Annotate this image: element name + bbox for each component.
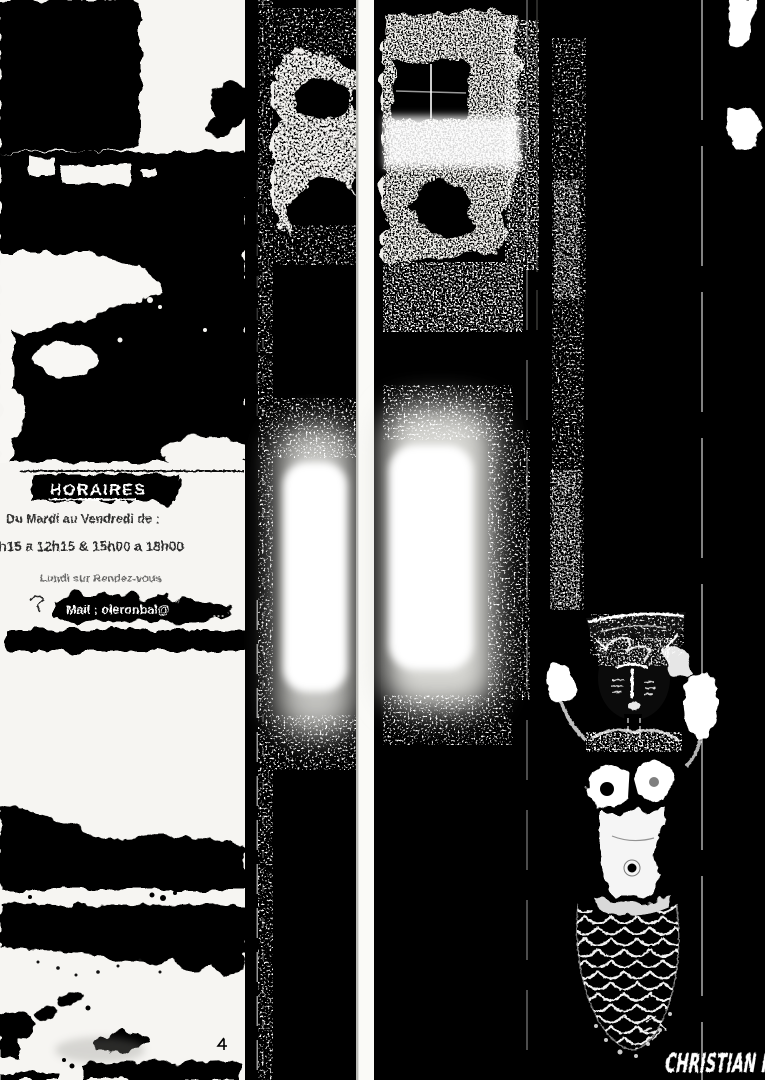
shadow-band-below-sign: [8, 630, 246, 651]
dark-horizontal-band: [0, 152, 246, 254]
photo-canvas: HORAIRES Du Mardi au Vendredi de : 9h15 …: [0, 0, 765, 1080]
schedule-days-line: Du Mardi au Vendredi de :: [6, 512, 160, 526]
photo: HORAIRES Du Mardi au Vendredi de : 9h15 …: [0, 0, 765, 1080]
statue-mouth: [628, 702, 640, 710]
schedule-hours-line: 9h15 a 12h15 & 15h00 a 18h00: [0, 539, 184, 554]
statue-navel: [628, 864, 637, 873]
door-frame-highlight-stripe: [356, 0, 374, 1080]
sign-top-rule: [20, 470, 244, 472]
sign-title-underline: [48, 499, 136, 501]
white-blob-reflection: [34, 342, 98, 378]
appointment-line: Lundi sur Rendez-vous: [40, 573, 162, 585]
dark-reflection-top-left: [0, 0, 140, 152]
glass-door-panels: [258, 0, 544, 1080]
frame-speckle-strip: [258, 0, 273, 1080]
sign-title: HORAIRES: [50, 482, 146, 499]
dark-mid-mass: [0, 250, 252, 468]
signature-text: CHRISTIAN R: [663, 1049, 765, 1078]
mail-line: Mail : oleronbal@: [66, 603, 170, 617]
mail-obscured-tail: …: [212, 605, 225, 620]
left-wall: HORAIRES Du Mardi au Vendredi de : 9h15 …: [0, 0, 259, 1080]
